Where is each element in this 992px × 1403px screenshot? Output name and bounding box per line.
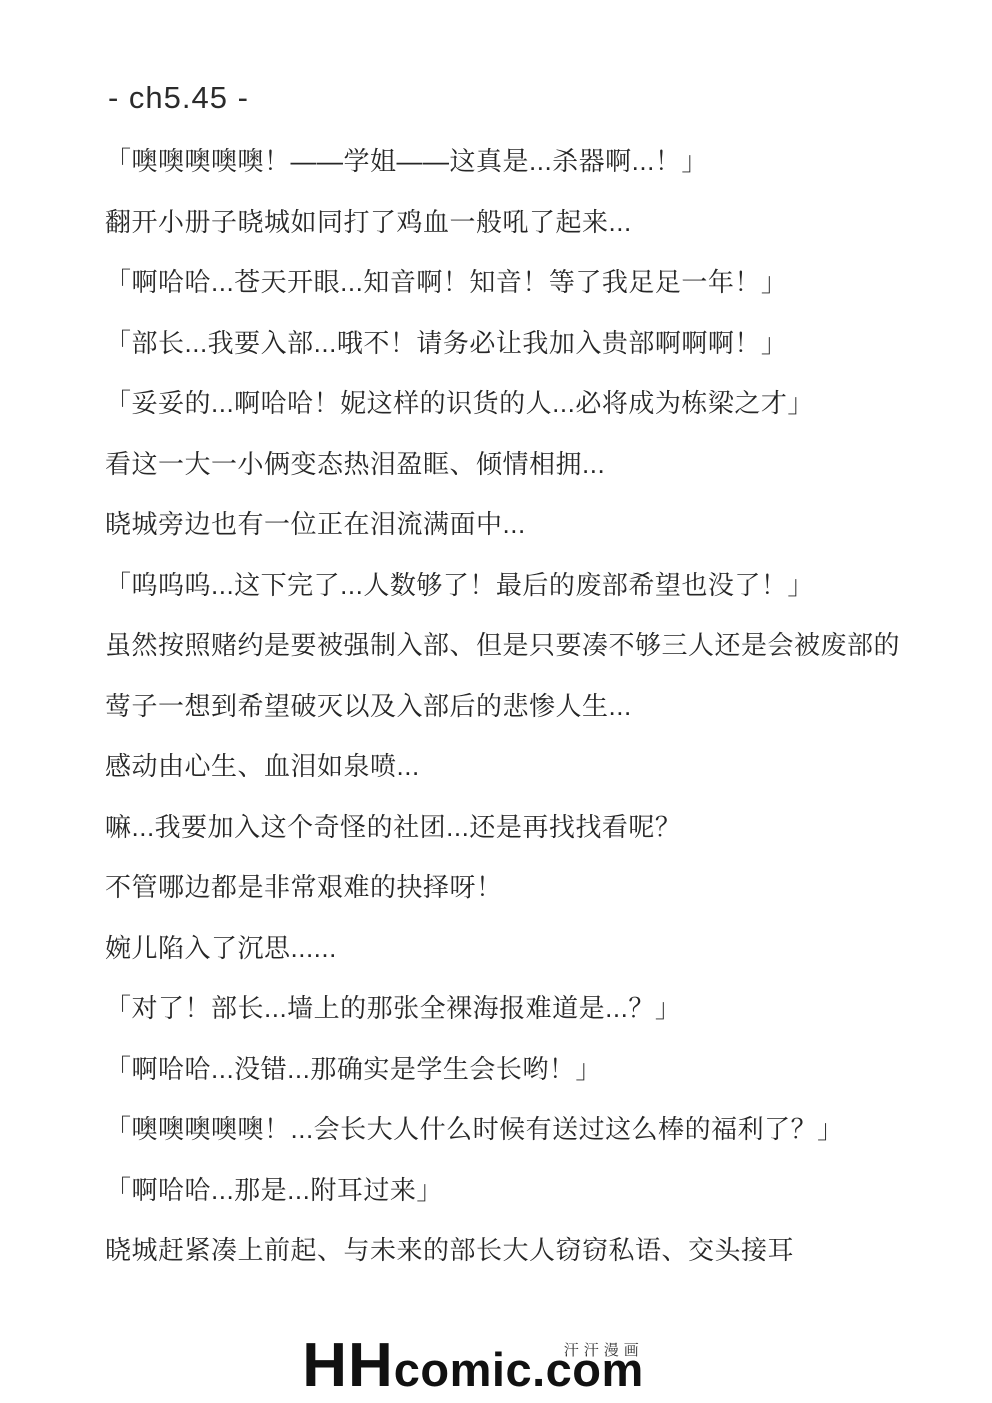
text-line: 翻开小册子晓城如同打了鸡血一般吼了起来... [105, 190, 992, 251]
site-logo: 汗汗漫画 HH comic.com [302, 1335, 644, 1397]
comic-text-page: - ch5.45 - 「噢噢噢噢噢！——学姐——这真是...杀器啊...！」 翻… [0, 0, 992, 1403]
text-line: 晓城赶紧凑上前起、与未来的部长大人窃窃私语、交头接耳 [105, 1219, 992, 1280]
text-line: 「呜呜呜...这下完了...人数够了！最后的废部希望也没了！」 [105, 553, 992, 614]
text-line: 「对了！部长...墙上的那张全裸海报难道是...？」 [105, 977, 992, 1038]
text-line: 「噢噢噢噢噢！——学姐——这真是...杀器啊...！」 [105, 130, 992, 191]
text-line: 「啊哈哈...没错...那确实是学生会长哟！」 [105, 1037, 992, 1098]
text-line: 嘛...我要加入这个奇怪的社团...还是再找找看呢？ [105, 795, 992, 856]
text-line: 「啊哈哈...那是...附耳过来」 [105, 1158, 992, 1219]
text-body: 「噢噢噢噢噢！——学姐——这真是...杀器啊...！」 翻开小册子晓城如同打了鸡… [0, 130, 992, 1280]
text-line: 晓城旁边也有一位正在泪流满面中... [105, 493, 992, 554]
text-line: 「部长...我要入部...哦不！请务必让我加入贵部啊啊啊！」 [105, 311, 992, 372]
watermark-text: 汗汗漫画 [564, 1339, 644, 1360]
text-line: 不管哪边都是非常艰难的抉择呀！ [105, 856, 992, 917]
logo-hh: HH [302, 1335, 394, 1397]
page-footer: 汗汗漫画 HH comic.com [0, 1335, 992, 1397]
text-line: 「啊哈哈...苍天开眼...知音啊！知音！等了我足足一年！」 [105, 251, 992, 312]
text-line: 「妥妥的...啊哈哈！妮这样的识货的人...必将成为栋梁之才」 [105, 372, 992, 433]
chapter-title: - ch5.45 - [0, 0, 992, 116]
text-line: 虽然按照赌约是要被强制入部、但是只要凑不够三人还是会被废部的 [105, 614, 992, 675]
text-line: 莺子一想到希望破灭以及入部后的悲惨人生... [105, 674, 992, 735]
text-line: 「噢噢噢噢噢！...会长大人什么时候有送过这么棒的福利了？」 [105, 1098, 992, 1159]
text-line: 感动由心生、血泪如泉喷... [105, 735, 992, 796]
text-line: 婉儿陷入了沉思...... [105, 916, 992, 977]
text-line: 看这一大一小俩变态热泪盈眶、倾情相拥... [105, 432, 992, 493]
